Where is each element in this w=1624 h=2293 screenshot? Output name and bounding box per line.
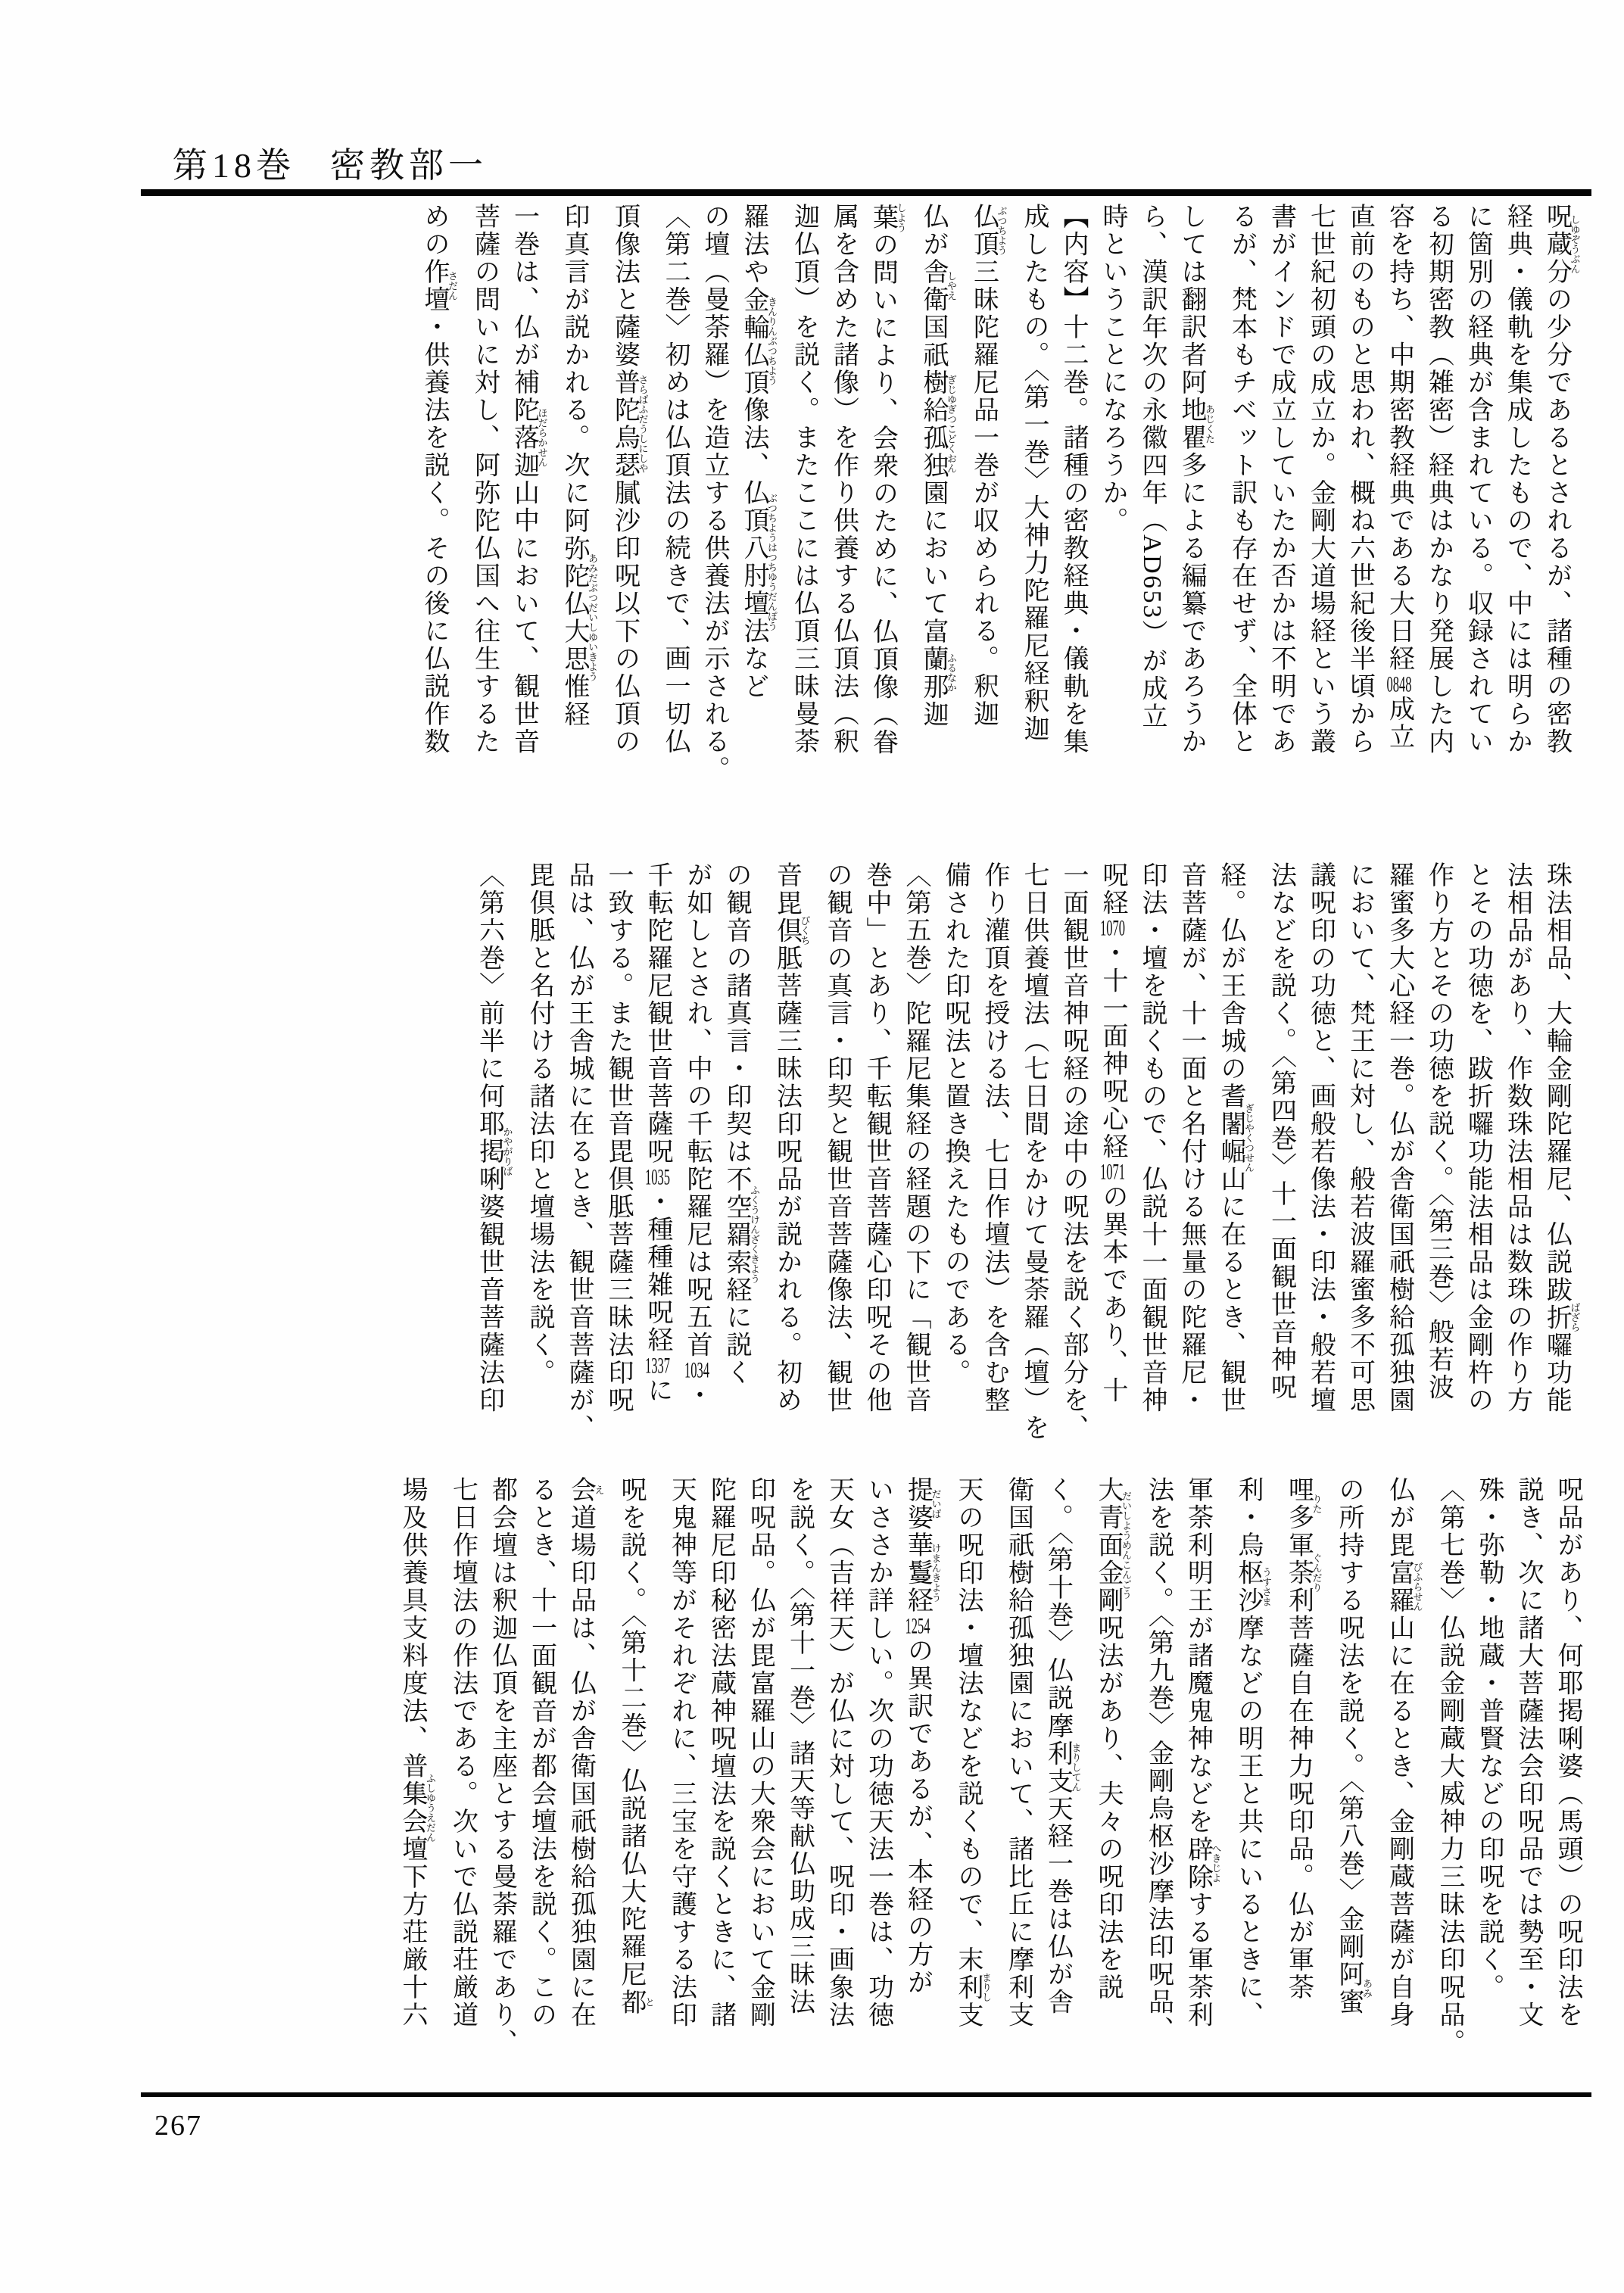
page-number: 267 xyxy=(154,2109,202,2142)
text-band-bottom: 呪品があり、何耶掲唎婆（馬頭）の呪印法を説き、次に諸大菩薩法会印呪品では勢至・文… xyxy=(125,1476,1594,2086)
text-column: 天の呪印法・壇法などを説くもので、末利支まりし xyxy=(955,1476,992,2086)
text-column: 羅蜜多大心経一巻。仏が舎衛国祇樹給孤独園 xyxy=(1386,861,1412,1472)
text-column: 経典・儀軌を集成したもので、中には明らか xyxy=(1504,203,1530,813)
text-column: 容を持ち、中期密教経典である大日経0848成立 xyxy=(1386,203,1412,813)
text-column: 時ということになろうか。 xyxy=(1099,203,1125,813)
text-column: 七世紀初頭の成立か。金剛大道場経という叢 xyxy=(1308,203,1333,813)
text-column: 音毘倶胝びくち菩薩三昧法印呪品が説かれる。初め xyxy=(774,861,811,1472)
ruby-annotated-text: 普集会壇ふしゆうえだん xyxy=(398,1752,426,1863)
text-column: 軍荼利明王が諸魔鬼神などを辟除へきじよする軍荼利 xyxy=(1185,1476,1222,2086)
text-column: 羅法や金輪仏頂きんりんぶつちよう像法、仏頂八肘壇法ぶつちようはつちゆうだんぽうな… xyxy=(740,203,778,813)
ruby-annotated-text: 薩婆普陀烏瑟膩沙さらばふだうしにしや xyxy=(611,313,639,534)
ruby-annotated-text: 何耶掲唎婆かやがりば xyxy=(475,1083,503,1221)
catalog-number: 1034 xyxy=(684,1359,709,1382)
catalog-number: 1071 xyxy=(1100,1161,1125,1183)
text-column: る初期密教（雑密）経典はかなり発展した内 xyxy=(1426,203,1451,813)
ruby-annotated-text: 作壇さだん xyxy=(420,258,448,313)
text-column: しては翻訳者阿地瞿多あじくたによる編纂であろうか xyxy=(1178,203,1215,813)
text-column: の壇（曼荼羅）を造立する供養法が示される。 xyxy=(701,203,727,813)
ruby-annotated-text: 軍荼利ぐんだり xyxy=(1285,1531,1313,1615)
text-column: 呪品があり、何耶掲唎婆（馬頭）の呪印法を xyxy=(1554,1476,1580,2086)
text-column: 呪を説く。〈第十二巻〉仏説諸仏大陀羅尼都と xyxy=(618,1476,655,2086)
text-column: 音菩薩が、十一面と名付ける無量の陀羅尼・ xyxy=(1178,861,1204,1472)
text-column: いささか詳しい。次の功徳天法一巻は、功徳 xyxy=(865,1476,891,2086)
catalog-number: 1070 xyxy=(1100,917,1125,939)
ruby-annotated-text: 毘富羅山びふらせん xyxy=(1386,1531,1414,1642)
catalog-number: 0848 xyxy=(1387,673,1412,696)
ruby-annotated-text: 舎衛しやえ xyxy=(919,258,947,313)
ruby-annotated-text: 大青面金剛だいしようめんこんごう xyxy=(1094,1476,1122,1615)
text-column: 【内容】十二巻。諸種の密教経典・儀軌を集 xyxy=(1060,203,1086,813)
catalog-number: 1337 xyxy=(645,1354,670,1377)
text-column: 呪蔵分しゆぞうぶんの少分であるとされるが、諸種の密教 xyxy=(1544,203,1581,813)
text-column: 品は、仏が王舎城に在るとき、観世音菩薩が、 xyxy=(566,861,591,1472)
text-column: 作り灌頂を授ける法、七日作壇法）を含む整 xyxy=(981,861,1007,1472)
ruby-annotated-text: 末利支まりし xyxy=(954,1946,982,2030)
text-column: 説き、次に諸大菩薩法会印呪品では勢至・文 xyxy=(1515,1476,1541,2086)
text-column: 場及供養具支料度法、普集会壇ふしゆうえだん下方荘厳十六 xyxy=(399,1476,436,2086)
text-column: 〈第五巻〉陀羅尼集経の経題の下に「観世音 xyxy=(902,861,928,1472)
text-column: ら、漢訳年次の永徽四年（AD653）が成立 xyxy=(1139,203,1164,813)
text-column: く。〈第十巻〉仏説摩利支天まりしてん経一巻は仏が舎 xyxy=(1045,1476,1082,2086)
text-column: 印法・壇を説くもので、仏説十一面観世音神 xyxy=(1139,861,1164,1472)
text-column: 印呪品。仏が毘富羅山の大衆会において金剛 xyxy=(747,1476,773,2086)
text-column: 法相品があり、作数珠法相品は数珠の作り方 xyxy=(1504,861,1530,1472)
text-column: 大青面金剛だいしようめんこんごう呪法があり、夫々の呪印法を説 xyxy=(1095,1476,1132,2086)
text-column: 法などを説く。〈第四巻〉十一面観世音神呪 xyxy=(1268,861,1294,1472)
text-column: 成したもの。〈第一巻〉大神力陀羅尼経釈迦 xyxy=(1021,203,1046,813)
ruby-annotated-text: 呪蔵分しゆぞうぶん xyxy=(1543,203,1571,286)
text-column: が如しとされ、中の千転陀羅尼は呪五首1034・ xyxy=(684,861,709,1472)
ruby-annotated-text: 仏頂八肘壇法ぶつちようはつちゆうだんぽう xyxy=(740,479,768,645)
ruby-annotated-text: 葉しよう xyxy=(869,203,897,232)
ruby-annotated-text: 祇樹給孤独園ぎじゆぎつこどくおん xyxy=(919,341,947,507)
text-column: 属を含めた諸像）を作り供養する仏頂法（釈 xyxy=(831,203,856,813)
ruby-annotated-text: 提婆だいば xyxy=(904,1476,932,1531)
text-column: 〈第七巻〉仏説金剛蔵大威神力三昧法印呪品。 xyxy=(1436,1476,1462,2086)
text-column: 会え道場印品は、仏が舎衛国祇樹給孤独園に在 xyxy=(568,1476,605,2086)
text-column: 都会壇は釈迦仏頂を主座とする曼荼羅であり、 xyxy=(489,1476,515,2086)
text-column: 〈第六巻〉前半に何耶掲唎婆かやがりば観世音菩薩法印 xyxy=(476,861,513,1472)
ruby-annotated-text: 阿弥陀仏大思惟経あみだぶつだいしゆいきよう xyxy=(560,507,588,728)
header-rule xyxy=(141,189,1591,196)
ruby-annotated-text: 辟除へきじよ xyxy=(1184,1836,1212,1891)
text-column: 一致する。また観世音毘倶胝菩薩三昧法印呪 xyxy=(605,861,631,1472)
text-column: に箇別の経典が含まれている。収録されてい xyxy=(1465,203,1491,813)
text-column: めの作壇さだん・供養法を説く。その後に仏説作数 xyxy=(421,203,458,813)
text-column: 頂像法と薩婆普陀烏瑟膩沙さらばふだうしにしや印呪以下の仏頂の xyxy=(612,203,649,813)
ruby-annotated-text: 不空羂索経ふくうけんざくきよう xyxy=(722,1166,750,1304)
ruby-annotated-text: 阿蜜あみ xyxy=(1335,1961,1363,2016)
text-column: 迦仏頂）を説く。またここには仏頂三昧曼荼 xyxy=(791,203,817,813)
ruby-annotated-text: 金輪仏頂きんりんぶつちよう xyxy=(740,286,768,397)
text-column: 備された印呪法と置き換えたものである。 xyxy=(942,861,968,1472)
text-column: を説く。〈第十一巻〉諸天等献仏助成三昧法 xyxy=(787,1476,812,2086)
text-column: の所持する呪法を説く。〈第八巻〉金剛阿蜜あみ xyxy=(1336,1476,1373,2086)
text-column: 一面観世音神呪経の途中の呪法を説く部分を、 xyxy=(1060,861,1086,1472)
ruby-annotated-text: 華鬘経けまんきよう xyxy=(904,1531,932,1615)
text-column: 作り方とその功徳を説く。〈第三巻〉般若波 xyxy=(1426,861,1451,1472)
text-column: 七日供養壇法（七日間をかけて曼荼羅（壇）を xyxy=(1021,861,1046,1472)
text-column: 仏が毘富羅山びふらせんに在るとき、金剛蔵菩薩が自身 xyxy=(1386,1476,1423,2086)
text-column: 利・烏枢沙摩うすさまなどの明王と共にいるときに、 xyxy=(1235,1476,1272,2086)
text-column: 一巻は、仏が補陀落迦山ほだらかせん中において、観世音 xyxy=(511,203,548,813)
section-label: 密教部一 xyxy=(330,146,488,185)
text-column: 呪経1070・十一面神呪心経1071の異本であり、十 xyxy=(1099,861,1125,1472)
text-column: るとき、十一面観音が都会壇法を説く。この xyxy=(528,1476,554,2086)
ruby-annotated-text: 補陀落迦山ほだらかせん xyxy=(510,369,538,507)
catalog-number: 1035 xyxy=(645,1166,670,1189)
text-column: 〈第二巻〉初めは仏頂法の続きで、画一切仏 xyxy=(662,203,687,813)
text-column: 法を説く。〈第九巻〉金剛烏枢沙摩法印呪品、 xyxy=(1146,1476,1171,2086)
catalog-number: 1254 xyxy=(906,1615,930,1637)
volume-label: 第18巻 xyxy=(173,146,295,185)
text-column: の観音の真言・印契と観世音菩薩像法、観世 xyxy=(824,861,849,1472)
text-column: 陀羅尼印秘密法蔵神呪壇法を説くときに、諸 xyxy=(708,1476,734,2086)
ruby-annotated-text: 摩利支天まりしてん xyxy=(1044,1712,1072,1823)
ruby-annotated-text: 烏枢沙摩うすさま xyxy=(1234,1531,1262,1642)
text-column: 巻中」とあり、千転観世音菩薩心印呪その他 xyxy=(863,861,889,1472)
text-column: 千転陀羅尼観世音菩薩呪1035・種種雑呪経1337に xyxy=(644,861,670,1472)
text-band-middle: 珠法相品、大輪金剛陀羅尼、仏説跋折囉ばざら功能法相品があり、作数珠法相品は数珠の… xyxy=(125,861,1594,1472)
text-column: 天鬼神等がそれぞれに、三宝を守護する法印 xyxy=(669,1476,694,2086)
ruby-annotated-text: 阿地瞿多あじくた xyxy=(1177,369,1205,479)
text-column: 珠法相品、大輪金剛陀羅尼、仏説跋折囉ばざら功能 xyxy=(1544,861,1581,1472)
ruby-annotated-text: 富蘭那迦ふるなか xyxy=(919,618,947,728)
text-column: 直前のものと思われ、概ね六世紀後半頃から xyxy=(1347,203,1373,813)
text-column: 天女（吉祥天）が仏に対して、呪印・画象法 xyxy=(826,1476,852,2086)
text-column: 印真言が説かれる。次に阿弥陀仏大思惟経あみだぶつだいしゆいきよう xyxy=(561,203,598,813)
text-column: 仏が舎衛しやえ国祇樹給孤独園ぎじゆぎつこどくおんにおいて富蘭那迦ふるなか xyxy=(920,203,957,813)
text-column: 議呪印の功徳と、画般若像法・印法・般若壇 xyxy=(1308,861,1333,1472)
text-column: 七日作壇法の作法である。次いで仏説荘厳道 xyxy=(450,1476,475,2086)
ruby-annotated-text: 会え xyxy=(567,1476,595,1504)
ruby-annotated-text: 跋折囉ばざら xyxy=(1543,1276,1571,1360)
ruby-annotated-text: 都と xyxy=(617,1989,645,2017)
text-column: 書がインドで成立していたか否かは不明であ xyxy=(1268,203,1294,813)
text-column: の観音の諸真言・印契は不空羂索経ふくうけんざくきように説く xyxy=(723,861,760,1472)
text-column: 毘倶胝と名付ける諸法印と壇場法を説く。 xyxy=(526,861,552,1472)
ruby-annotated-text: 仏頂ぶつちよう xyxy=(970,203,998,258)
text-column: 仏頂ぶつちよう三昧陀羅尼品一巻が収められる。釈迦 xyxy=(971,203,1008,813)
text-column: 経。仏が王舎城の耆闍崛山ぎじやくつせんに在るとき、観世 xyxy=(1217,861,1255,1472)
text-column: 菩薩の問いに対し、阿弥陀仏国へ往生するた xyxy=(472,203,497,813)
text-column: るが、梵本もチベット訳も存在せず、全体と xyxy=(1229,203,1255,813)
text-column: とその功徳を、跋折囉功能法相品は金剛杵の xyxy=(1465,861,1491,1472)
ruby-annotated-text: 耆闍崛山ぎじやくつせん xyxy=(1217,1083,1245,1193)
page-header: 第18巻密教部一 xyxy=(173,138,488,188)
ruby-annotated-text: 哩多りた xyxy=(1285,1476,1313,1531)
text-column: において、梵王に対し、般若波羅蜜多不可思 xyxy=(1347,861,1373,1472)
text-band-top: 呪蔵分しゆぞうぶんの少分であるとされるが、諸種の密教経典・儀軌を集成したもので、… xyxy=(125,203,1594,813)
ruby-annotated-text: 毘倶胝びくち xyxy=(773,889,801,973)
text-column: 哩多りた軍荼利ぐんだり菩薩自在神力呪印品。仏が軍荼 xyxy=(1286,1476,1323,2086)
text-column: 葉しようの問いにより、会衆のために、仏頂像（眷 xyxy=(870,203,907,813)
text-column: 殊・弥勒・地蔵・普賢などの印呪を説く。 xyxy=(1476,1476,1501,2086)
footer-rule xyxy=(141,2092,1591,2097)
text-column: 提婆だいば華鬘経けまんきよう1254の異訳であるが、本経の方が xyxy=(905,1476,942,2086)
text-column: 衛国祇樹給孤独園において、諸比丘に摩利支 xyxy=(1005,1476,1031,2086)
